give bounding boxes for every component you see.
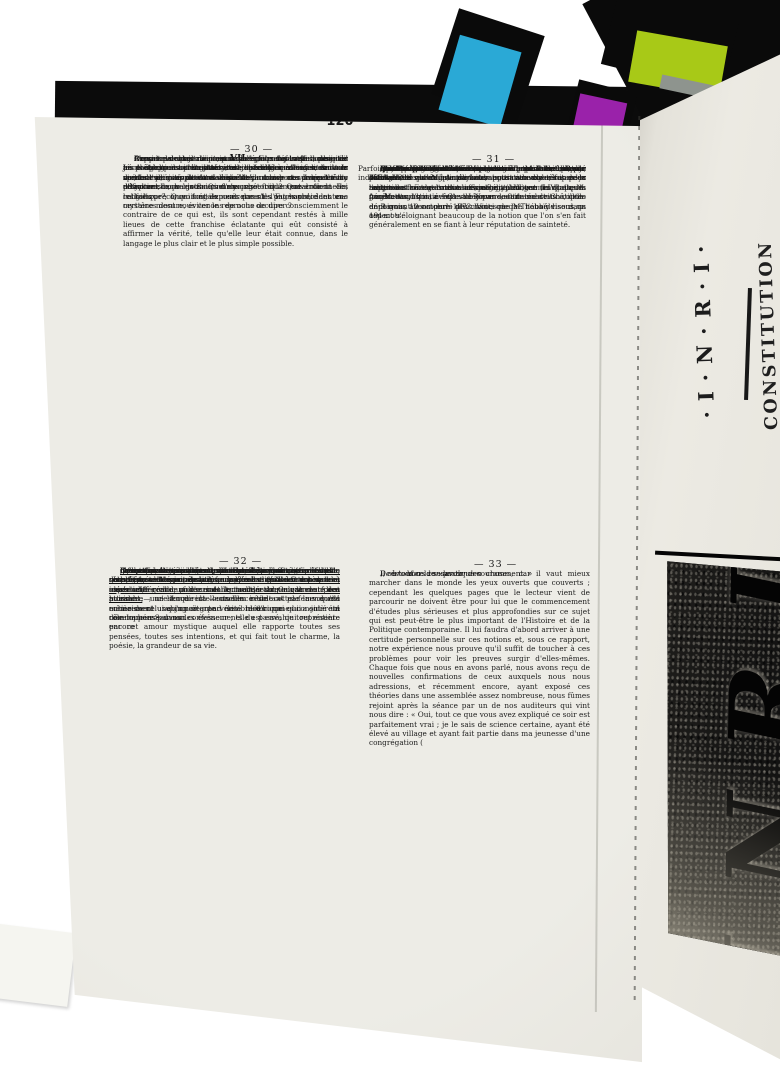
book-photo: 120 — 30 —On voit par quels biais, par q… (0, 0, 780, 1080)
left-page: 120 — 30 —On voit par quels biais, par q… (28, 104, 642, 1064)
facsimile-page-31: — 31 —Parfois, le langage de l'écrivain … (358, 154, 586, 164)
facsimile-page-30: — 30 —On voit par quels biais, par quels… (112, 144, 348, 154)
constitution-title: CONSTITUTION (754, 185, 780, 486)
under-page-corner (0, 923, 76, 1007)
page-fold-line (595, 112, 603, 1012)
title-rule (744, 288, 751, 400)
facsimile-page-32: — 32 —Comme le mensonge qui se définit l… (98, 556, 340, 566)
negative-inri-title: I.N.R.I (702, 555, 780, 982)
inri-vertical-title: ·I·N·R·I· (686, 177, 726, 478)
facsimile-page-33: — 33 —Il est bon de savoir ces choses, c… (358, 559, 590, 569)
